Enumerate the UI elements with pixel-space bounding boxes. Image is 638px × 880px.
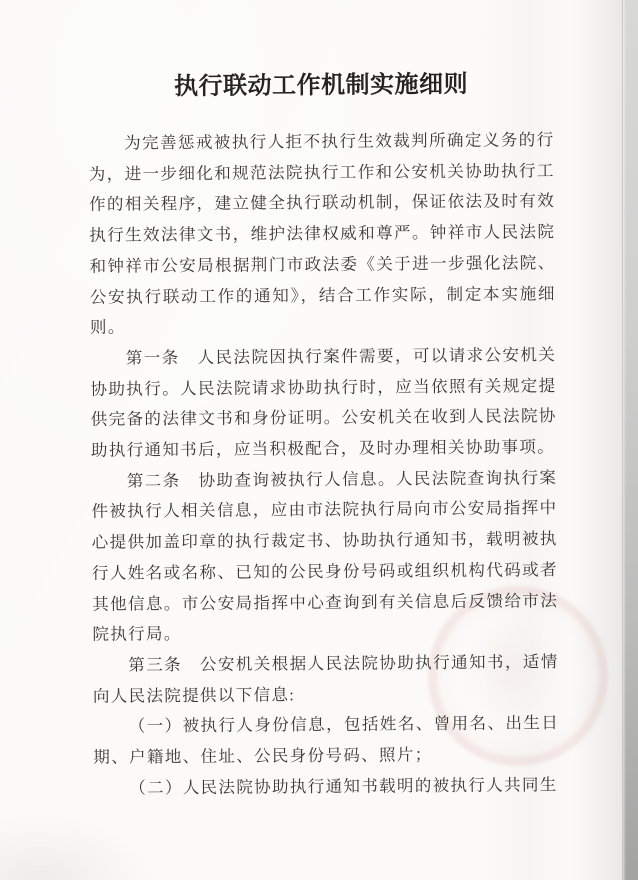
page-edge-shadow (571, 0, 623, 880)
paragraph-article-3: 第三条 公安机关根据人民法院协助执行通知书，适情向人民法院提供以下信息: (93, 647, 559, 712)
paragraph-article-2: 第二条 协助查询被执行人信息。人民法院查询执行案件被执行人相关信息，应由市法院执… (91, 463, 558, 651)
paragraph-article-1: 第一条 人民法院因执行案件需要，可以请求公安机关协助执行。人民法院请求协助执行时… (90, 340, 557, 466)
paragraph-article-3-item-2: （二）人民法院协助执行通知书载明的被执行人共同生 (94, 770, 560, 804)
book-spine-edge (622, 0, 638, 880)
document-title: 执行联动工作机制实施细则 (88, 68, 554, 104)
paragraph-article-3-item-1: （一）被执行人身份信息，包括姓名、曾用名、出生日期、户籍地、住址、公民身份号码、… (93, 709, 559, 774)
corner-shadow (0, 810, 160, 880)
scanned-document-page: 执行联动工作机制实施细则 为完善惩戒被执行人拒不执行生效裁判所确定义务的行为，进… (0, 0, 638, 880)
paragraph-preamble: 为完善惩戒被执行人拒不执行生效裁判所确定义务的行为，进一步细化和规范法院执行工作… (88, 125, 556, 344)
document-body: 执行联动工作机制实施细则 为完善惩戒被执行人拒不执行生效裁判所确定义务的行为，进… (88, 68, 560, 804)
